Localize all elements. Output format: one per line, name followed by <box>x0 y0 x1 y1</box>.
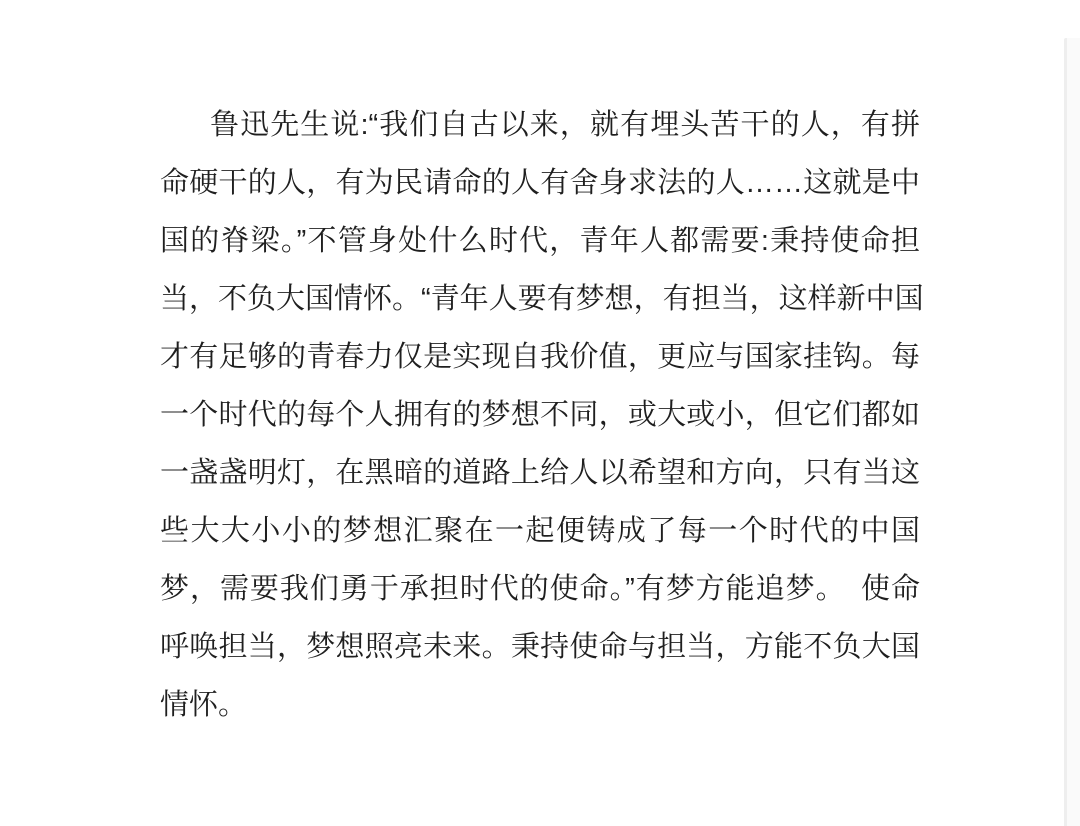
text-line: 命硬干的人，有为民请命的人有舍身求法的人……这就是中 <box>160 154 920 212</box>
text-line: 一个时代的每个人拥有的梦想不同，或大或小，但它们都如 <box>160 386 920 444</box>
document-page: 鲁迅先生说:“我们自古以来，就有埋头苦干的人，有拼 命硬干的人，有为民请命的人有… <box>0 0 1080 826</box>
essay-paragraph: 鲁迅先生说:“我们自古以来，就有埋头苦干的人，有拼 命硬干的人，有为民请命的人有… <box>160 96 920 734</box>
text-line: 国的脊梁。”不管身处什么时代，青年人都需要:秉持使命担 <box>160 212 920 270</box>
text-line: 些大大小小的梦想汇聚在一起便铸成了每一个时代的中国 <box>160 502 920 560</box>
text-line: 呼唤担当，梦想照亮未来。秉持使命与担当，方能不负大国 <box>160 618 920 676</box>
text-line: 才有足够的青春力仅是实现自我价值，更应与国家挂钩。每 <box>160 328 920 386</box>
text-line: 梦，需要我们勇于承担时代的使命。”有梦方能追梦。 使命 <box>160 560 920 618</box>
scan-edge-strip <box>1064 38 1080 826</box>
text-line: 鲁迅先生说:“我们自古以来，就有埋头苦干的人，有拼 <box>160 96 920 154</box>
text-line: 一盏盏明灯，在黑暗的道路上给人以希望和方向，只有当这 <box>160 444 920 502</box>
text-line: 情怀。 <box>160 676 920 734</box>
text-line: 当，不负大国情怀。“青年人要有梦想，有担当，这样新中国 <box>160 270 920 328</box>
